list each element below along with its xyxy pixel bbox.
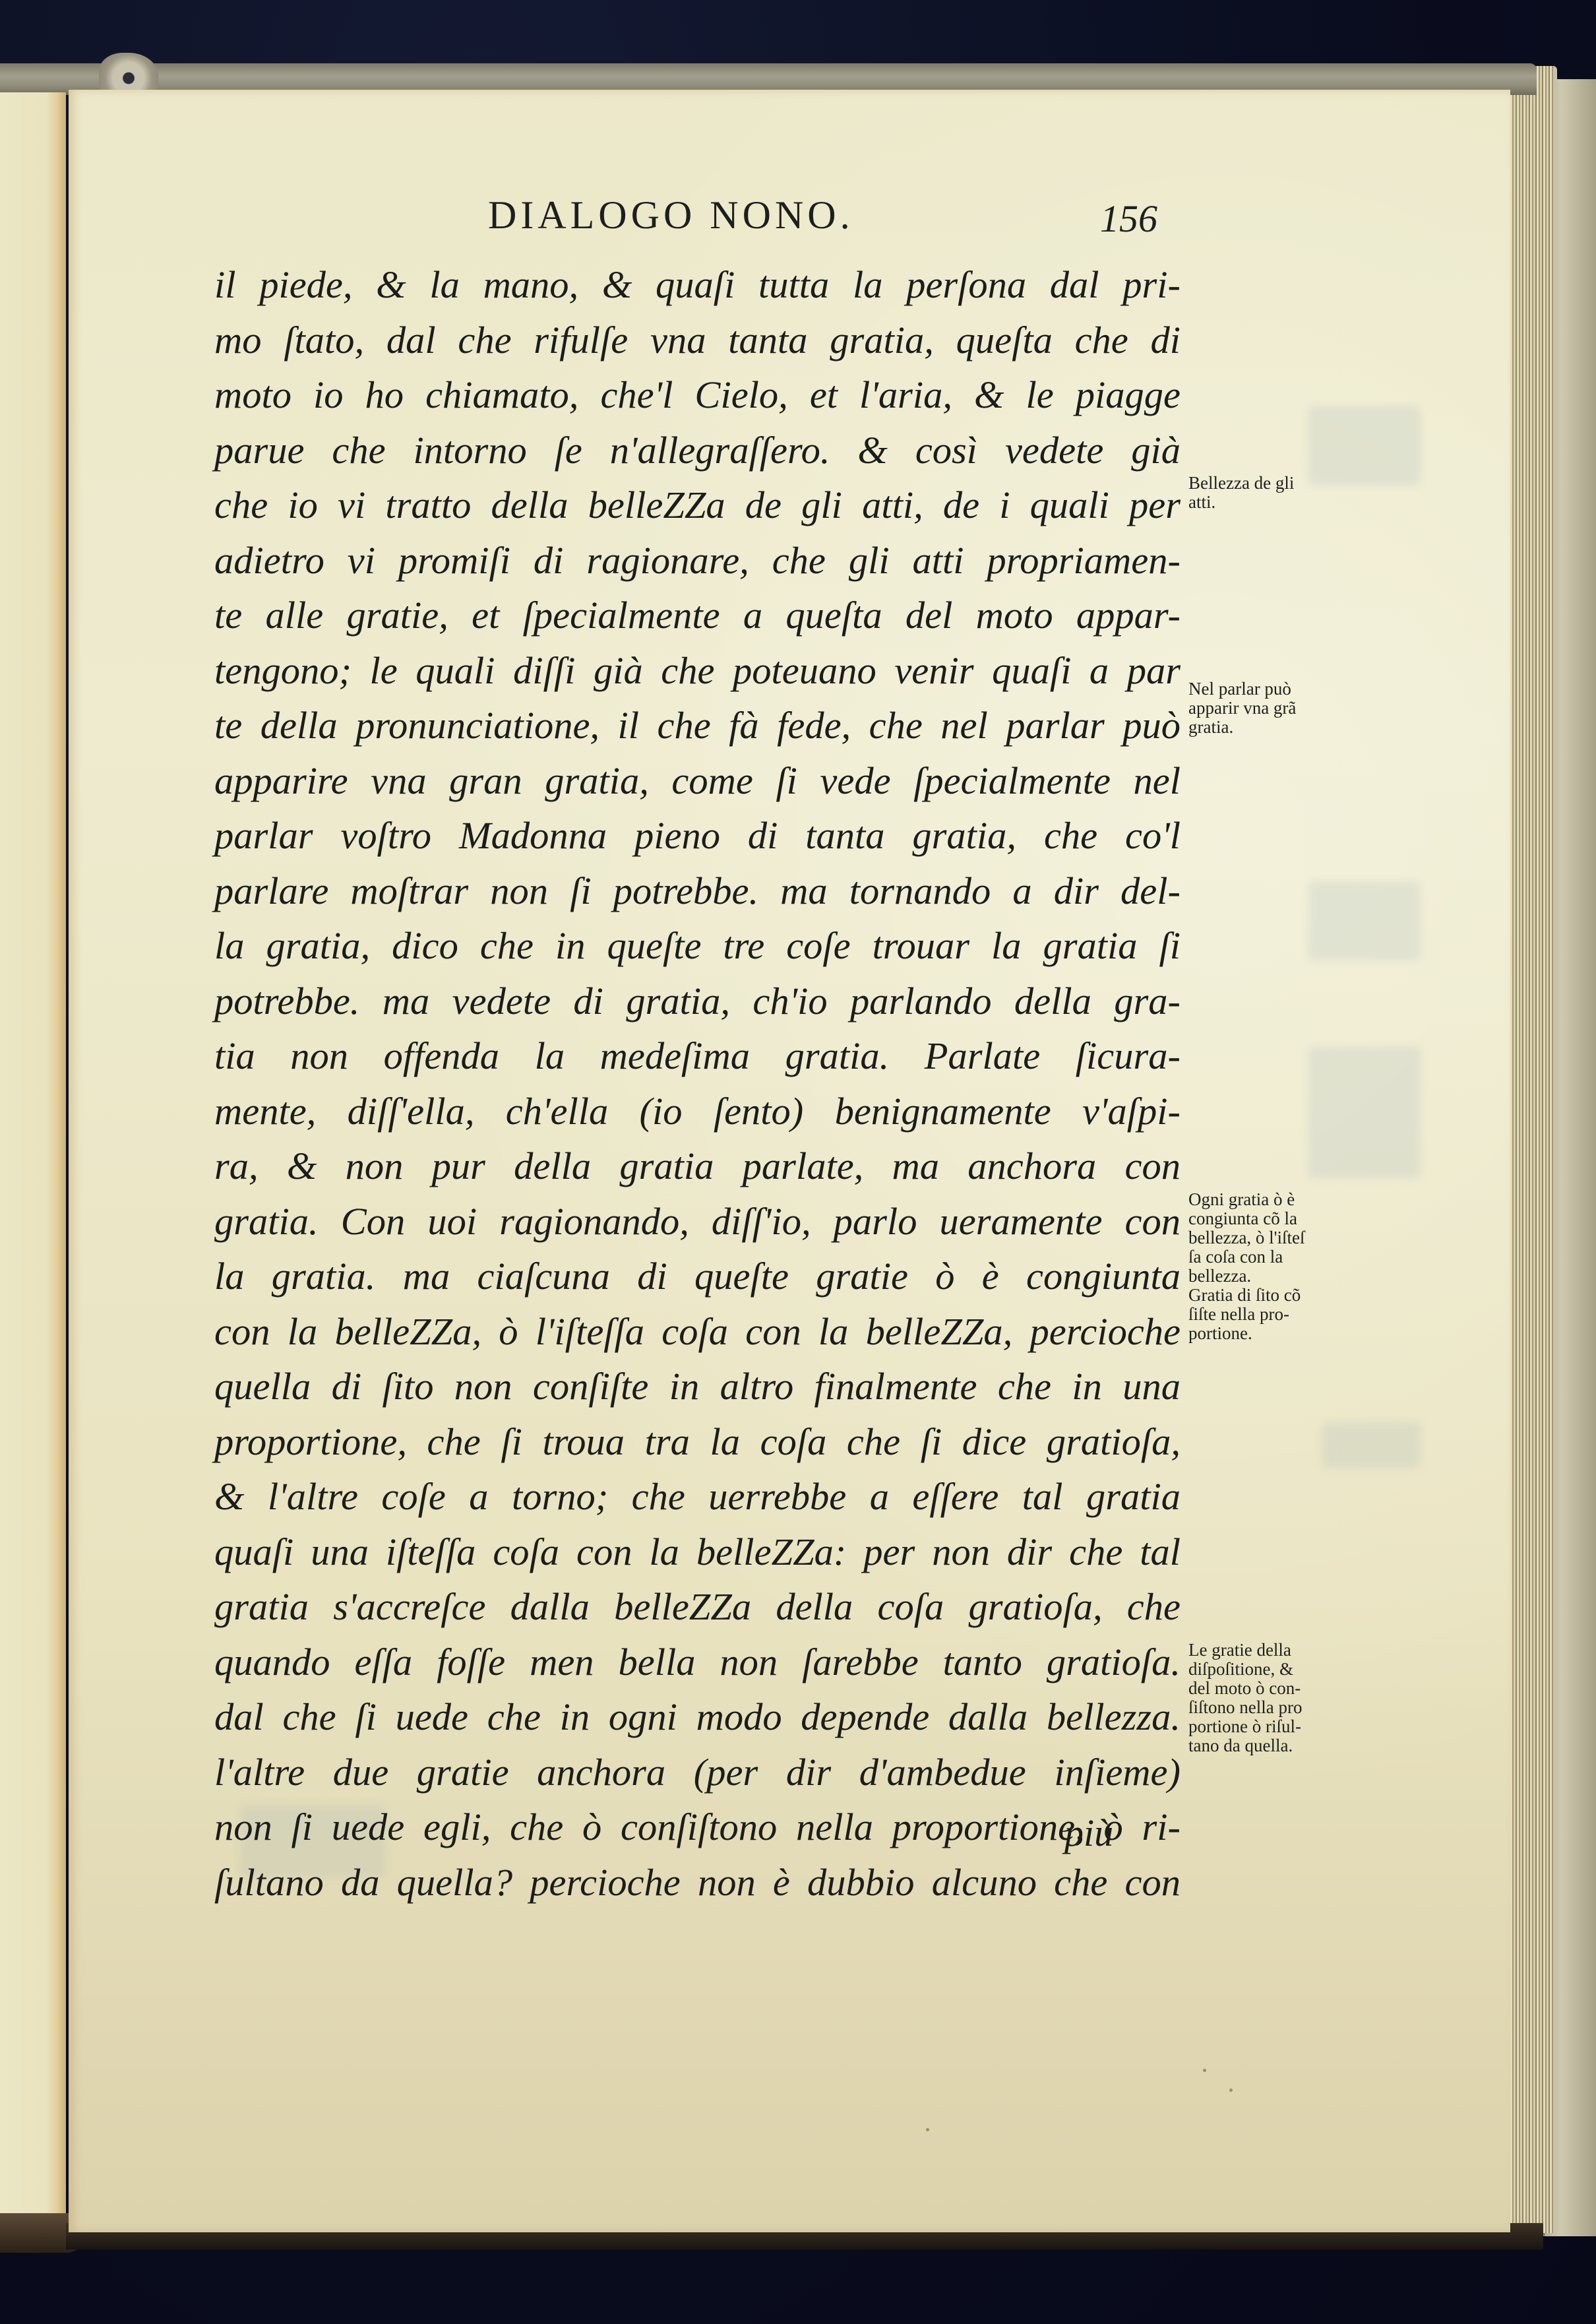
body-text-column: il piede, & la mano, & quaſi tutta la pe…	[214, 257, 1181, 1910]
text-line: ſultano da quella? percioche non è dubbi…	[214, 1855, 1181, 1910]
margin-note-ogni-gratia: Ogni gratia ò è congiunta cõ la bellezza…	[1188, 1190, 1353, 1286]
margin-note-line: apparir vna grã	[1188, 699, 1353, 718]
margin-note-nel-parlar: Nel parlar può apparir vna grã gratia.	[1188, 679, 1353, 737]
paper-speck	[1229, 2088, 1233, 2092]
page-number: 156	[1100, 197, 1157, 241]
text-line: che io vi tratto della belleZZa de gli a…	[214, 478, 1181, 533]
text-line: quaſi una iſteſſa coſa con la belleZZa: …	[214, 1524, 1181, 1580]
text-line: gratia s'accreſce dalla belleZZa della c…	[214, 1579, 1181, 1635]
text-line: tengono; le quali diſſi già che poteuano…	[214, 643, 1181, 699]
margin-note-le-gratie-della-dispositione: Le gratie della diſpoſitione, & del moto…	[1188, 1641, 1353, 1755]
text-line: te alle gratie, et ſpecialmente a queſta…	[214, 588, 1181, 643]
margin-note-line: bellezza.	[1188, 1267, 1353, 1286]
text-line: mente, diſſ'ella, ch'ella (io ſento) ben…	[214, 1084, 1181, 1139]
text-line: mo ſtato, dal che rifulſe vna tanta grat…	[214, 313, 1181, 368]
margin-note-bellezza-atti: Bellezza de gli atti.	[1188, 474, 1353, 512]
left-facing-page-edge	[0, 92, 66, 2226]
text-line: apparire vna gran gratia, come ſi vede ſ…	[214, 753, 1181, 809]
text-line: ra, & non pur della gratia parlate, ma a…	[214, 1139, 1181, 1194]
margin-note-line: bellezza, ò l'iſteſ	[1188, 1228, 1353, 1247]
text-line: il piede, & la mano, & quaſi tutta la pe…	[214, 257, 1181, 313]
text-line: parue che intorno ſe n'allegraſſero. & c…	[214, 423, 1181, 478]
margin-note-line: ſiſte nella pro-	[1188, 1305, 1353, 1324]
text-line: moto io ho chiamato, che'l Cielo, et l'a…	[214, 367, 1181, 423]
text-line: la gratia. ma ciaſcuna di queſte gratie …	[214, 1249, 1181, 1304]
margin-note-line: del moto ò con-	[1188, 1679, 1353, 1698]
stacked-page-fore-edge	[1507, 66, 1557, 2233]
margin-note-line: Bellezza de gli	[1188, 474, 1353, 493]
text-line: tia non offenda la medeſima gratia. Parl…	[214, 1028, 1181, 1084]
bleed-through-smudge	[1308, 1046, 1421, 1178]
text-line: parlare moſtrar non ſi potrebbe. ma torn…	[214, 864, 1181, 919]
bleed-through-smudge	[1322, 1422, 1421, 1468]
text-line: la gratia, dico che in queſte tre coſe t…	[214, 918, 1181, 974]
text-line: non ſi uede egli, che ò conſiſtono nella…	[214, 1800, 1181, 1855]
text-line: & l'altre coſe a torno; che uerrebbe a e…	[214, 1469, 1181, 1524]
text-line: dal che ſi uede che in ogni modo depende…	[214, 1689, 1181, 1745]
text-line: con la belleZZa, ò l'iſteſſa coſa con la…	[214, 1304, 1181, 1360]
margin-note-line: ſiſtono nella pro	[1188, 1698, 1353, 1717]
text-line: potrebbe. ma vedete di gratia, ch'io par…	[214, 974, 1181, 1029]
margin-note-line: atti.	[1188, 493, 1353, 512]
margin-note-line: Le gratie della	[1188, 1641, 1353, 1660]
margin-note-line: Nel parlar può	[1188, 679, 1353, 699]
margin-note-line: portione ò riſul-	[1188, 1717, 1353, 1736]
running-head: DIALOGO NONO.	[488, 193, 854, 238]
margin-note-line: congiunta cõ la	[1188, 1209, 1353, 1228]
margin-note-line: Gratia di ſito cõ	[1188, 1286, 1353, 1305]
text-line: quando eſſa foſſe men bella non ſarebbe …	[214, 1635, 1181, 1690]
text-line: l'altre due gratie anchora (per dir d'am…	[214, 1745, 1181, 1800]
paper-speck	[926, 2128, 929, 2131]
text-line: te della pronunciatione, il che fà fede,…	[214, 698, 1181, 753]
margin-note-gratia-di-sito: Gratia di ſito cõ ſiſte nella pro- porti…	[1188, 1286, 1353, 1343]
margin-note-line: diſpoſitione, &	[1188, 1660, 1353, 1679]
text-line: gratia. Con uoi ragionando, diſſ'io, par…	[214, 1194, 1181, 1249]
text-line: proportione, che ſi troua tra la coſa ch…	[214, 1414, 1181, 1470]
margin-note-line: ſa coſa con la	[1188, 1247, 1353, 1267]
margin-note-line: gratia.	[1188, 718, 1353, 737]
text-line: adietro vi promiſi di ragionare, che gli…	[214, 533, 1181, 588]
margin-note-line: tano da quella.	[1188, 1736, 1353, 1755]
bleed-through-smudge	[1308, 881, 1421, 960]
paper-speck	[1203, 2069, 1206, 2072]
text-line: parlar voſtro Madonna pieno di tanta gra…	[214, 808, 1181, 864]
margin-note-line: Ogni gratia ò è	[1188, 1190, 1353, 1209]
margin-note-line: portione.	[1188, 1324, 1353, 1343]
catchword: più	[1064, 1811, 1113, 1855]
text-line: quella di ſito non conſiſte in altro fin…	[214, 1359, 1181, 1414]
